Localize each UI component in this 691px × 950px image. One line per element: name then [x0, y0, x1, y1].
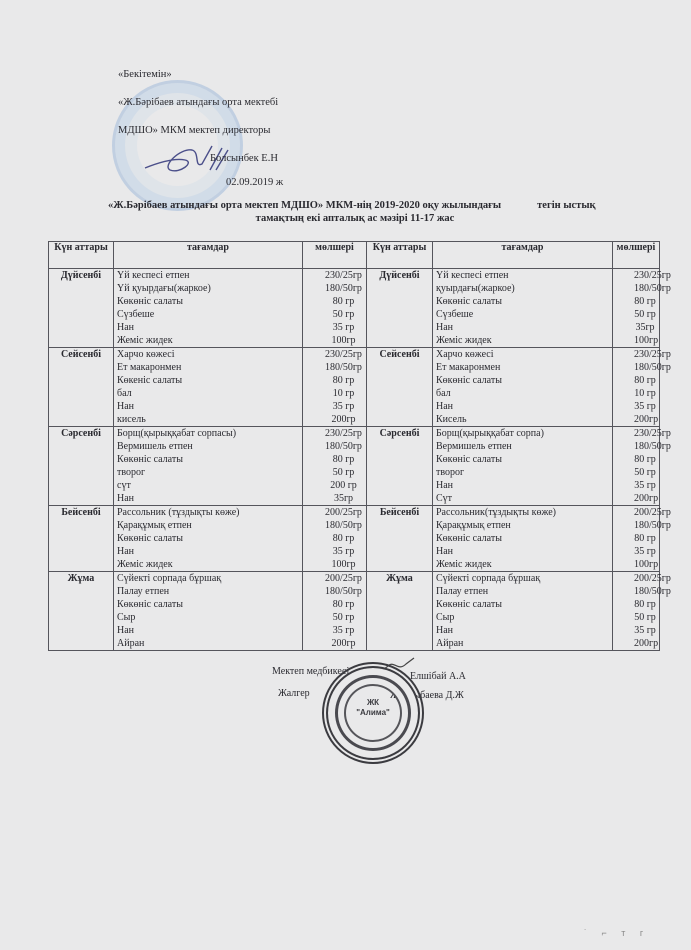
amount-item: 180/50гр [306, 282, 363, 295]
dish-item: Палау етпен [117, 585, 299, 598]
dish-item: Жеміс жидек [117, 558, 299, 571]
dish-item: Нан [117, 321, 299, 334]
dish-item: Нан [117, 545, 299, 558]
amounts-cell: 230/25гр180/50гр80 гр10 гр35 гр200гр [303, 348, 367, 427]
amount-item: 35 гр [616, 624, 656, 637]
dish-item: Вермишель етпен [117, 440, 299, 453]
dish-item: Рассольник(тұздықты көже) [436, 506, 609, 519]
day-cell: Сәрсенбі [367, 427, 433, 506]
table-row: ЖұмаСүйекті сорпада бұршақПалау етпенКөк… [49, 572, 660, 651]
dishes-cell: Рассольник (тұздықты көже)Қарақұмық етпе… [114, 506, 303, 572]
amount-item: 100гр [616, 334, 656, 347]
amount-item: 50 гр [616, 611, 656, 624]
dish-item: Палау етпен [436, 585, 609, 598]
dish-item: кисель [117, 413, 299, 426]
dish-item: Сүзбеше [117, 308, 299, 321]
amount-item: 100гр [616, 558, 656, 571]
amount-item: 35 гр [306, 624, 363, 637]
approval-signatory: Болсынбек Е.Н [210, 152, 278, 165]
amount-item: 80 гр [616, 598, 656, 611]
amount-item: 200/25гр [306, 572, 363, 585]
amounts-cell: 200/25гр180/50гр80 гр50 гр35 гр200гр [303, 572, 367, 651]
dish-item: Харчо көжесі [436, 348, 609, 361]
dish-item: бал [436, 387, 609, 400]
amount-item: 80 гр [616, 532, 656, 545]
table-header-row: Күн аттары тағамдар мөлшері Күн аттары т… [49, 242, 660, 269]
dish-item: Сыр [436, 611, 609, 624]
table-row: БейсенбіРассольник (тұздықты көже)Қарақұ… [49, 506, 660, 572]
supplier-stamp: ЖК "Алима" [322, 662, 424, 764]
dish-item: Көкөніс салаты [436, 295, 609, 308]
amounts-cell: 230/25гр180/50гр80 гр10 гр35 гр200гр [613, 348, 660, 427]
dish-item: Нан [117, 400, 299, 413]
dish-item: Кисель [436, 413, 609, 426]
amount-item: 200гр [616, 637, 656, 650]
dish-item: Айран [117, 637, 299, 650]
dish-item: Жеміс жидек [436, 558, 609, 571]
amount-item: 230/25гр [306, 269, 363, 282]
amount-item: 200/25гр [616, 572, 656, 585]
amount-item: 180/50гр [616, 361, 656, 374]
amounts-cell: 200/25гр180/50гр80 гр35 гр100гр [613, 506, 660, 572]
dish-item: Көкеніс салаты [117, 374, 299, 387]
amount-item: 10 гр [306, 387, 363, 400]
header-dishes-week1: тағамдар [114, 242, 303, 269]
dish-item: Нан [117, 492, 299, 505]
dish-item: Сүт [436, 492, 609, 505]
dishes-cell: Харчо көжесіЕт макаронменКөкөніс салатыб… [433, 348, 613, 427]
page-mark: ˙ ⌐ т г [584, 928, 649, 938]
amount-item: 80 гр [306, 374, 363, 387]
dishes-cell: Борщ(қырыққабат сорпасы)Вермишель етпенК… [114, 427, 303, 506]
amount-item: 80 гр [616, 295, 656, 308]
amount-item: 230/25гр [616, 348, 656, 361]
dish-item: қуырдағы(жаркое) [436, 282, 609, 295]
dish-item: Харчо көжесі [117, 348, 299, 361]
dishes-cell: Рассольник(тұздықты көже)Қарақұмық етпен… [433, 506, 613, 572]
dish-item: бал [117, 387, 299, 400]
amount-item: 50 гр [306, 308, 363, 321]
amount-item: 80 гр [306, 598, 363, 611]
amount-item: 200 гр [306, 479, 363, 492]
day-cell: Дүйсенбі [367, 269, 433, 348]
table-row: СәрсенбіБорщ(қырыққабат сорпасы)Вермишел… [49, 427, 660, 506]
dish-item: Сыр [117, 611, 299, 624]
amount-item: 50 гр [616, 466, 656, 479]
amount-item: 180/50гр [306, 440, 363, 453]
amount-item: 80 гр [306, 532, 363, 545]
day-cell: Жұма [367, 572, 433, 651]
dish-item: Көкөніс салаты [117, 598, 299, 611]
header-day-week2: Күн аттары [367, 242, 433, 269]
amounts-cell: 200/25гр180/50гр80 гр50 гр35 гр200гр [613, 572, 660, 651]
amount-item: 35 гр [306, 545, 363, 558]
amount-item: 80 гр [306, 453, 363, 466]
table-row: СейсенбіХарчо көжесіЕт макаронменКөкеніс… [49, 348, 660, 427]
dish-item: Ет макаронмен [436, 361, 609, 374]
dish-item: Сүзбеше [436, 308, 609, 321]
amount-item: 200гр [616, 413, 656, 426]
dish-item: Көкөніс салаты [117, 295, 299, 308]
amount-item: 35гр [616, 321, 656, 334]
dish-item: Айран [436, 637, 609, 650]
dish-item: Көкөніс салаты [117, 453, 299, 466]
dish-item: Көкөніс салаты [436, 598, 609, 611]
day-cell: Сейсенбі [49, 348, 114, 427]
amount-item: 35 гр [306, 400, 363, 413]
dish-item: Сүйекті сорпада бұршақ [436, 572, 609, 585]
menu-table: Күн аттары тағамдар мөлшері Күн аттары т… [48, 241, 660, 651]
amount-item: 50 гр [616, 308, 656, 321]
day-cell: Бейсенбі [49, 506, 114, 572]
amount-item: 10 гр [616, 387, 656, 400]
dish-item: Рассольник (тұздықты көже) [117, 506, 299, 519]
dish-item: Жеміс жидек [436, 334, 609, 347]
dish-item: Борщ(қырыққабат сорпасы) [117, 427, 299, 440]
dish-item: творог [436, 466, 609, 479]
header-day-week1: Күн аттары [49, 242, 114, 269]
amount-item: 230/25гр [306, 348, 363, 361]
amount-item: 200/25гр [616, 506, 656, 519]
dish-item: Қарақұмық етпен [436, 519, 609, 532]
amounts-cell: 200/25гр180/50гр80 гр35 гр100гр [303, 506, 367, 572]
dishes-cell: Сүйекті сорпада бұршақПалау етпенКөкөніс… [433, 572, 613, 651]
approval-school: «Ж.Бәрібаев атындағы орта мектебі [118, 96, 278, 109]
amount-item: 35 гр [616, 545, 656, 558]
title-line-1-end: тегін ыстық [537, 200, 595, 211]
dish-item: Сүйекті сорпада бұршақ [117, 572, 299, 585]
amount-item: 100гр [306, 558, 363, 571]
dish-item: Нан [436, 321, 609, 334]
title-line-2: тамақтың екі апталық ас мәзірі 11-17 жас [256, 213, 455, 224]
dish-item: Нан [117, 624, 299, 637]
day-cell: Дүйсенбі [49, 269, 114, 348]
dish-item: Көкөніс салаты [117, 532, 299, 545]
amount-item: 35 гр [306, 321, 363, 334]
amount-item: 180/50гр [616, 585, 656, 598]
amount-item: 80 гр [616, 453, 656, 466]
amount-item: 180/50гр [616, 440, 656, 453]
supplier-label: Жалгер [278, 688, 310, 699]
amount-item: 35гр [306, 492, 363, 505]
amount-item: 180/50гр [306, 585, 363, 598]
header-amount-week1: мөлшері [303, 242, 367, 269]
dish-item: Нан [436, 479, 609, 492]
amount-item: 180/50гр [616, 519, 656, 532]
amounts-cell: 230/25гр180/50гр80 гр50 гр35 гр200гр [613, 427, 660, 506]
dish-item: Көкөніс салаты [436, 374, 609, 387]
approval-role: МДШО» МКМ мектеп директоры [118, 124, 270, 137]
dishes-cell: Үй кеспесі етпенҮй қуырдағы(жаркое)Көкөн… [114, 269, 303, 348]
title-line-1: «Ж.Бәрібаев атындағы орта мектеп МДШО» М… [108, 200, 501, 211]
amount-item: 200гр [306, 413, 363, 426]
day-cell: Сейсенбі [367, 348, 433, 427]
amount-item: 80 гр [616, 374, 656, 387]
document-page: «Бекітемін» «Ж.Бәрібаев атындағы орта ме… [0, 0, 691, 950]
amount-item: 230/25гр [616, 269, 656, 282]
amount-item: 35 гр [616, 479, 656, 492]
dish-item: сүт [117, 479, 299, 492]
dish-item: Вермишель етпен [436, 440, 609, 453]
dishes-cell: Борщ(қырыққабат сорпа)Вермишель етпенКөк… [433, 427, 613, 506]
dish-item: Үй кеспесі етпен [117, 269, 299, 282]
amount-item: 180/50гр [616, 282, 656, 295]
amounts-cell: 230/25гр180/50гр80 гр50 гр200 гр35гр [303, 427, 367, 506]
dish-item: творог [117, 466, 299, 479]
header-amount-week2: мөлшері [613, 242, 660, 269]
dishes-cell: Сүйекті сорпада бұршақПалау етпенКөкөніс… [114, 572, 303, 651]
dish-item: Қарақұмық етпен [117, 519, 299, 532]
dish-item: Үй қуырдағы(жаркое) [117, 282, 299, 295]
day-cell: Сәрсенбі [49, 427, 114, 506]
dish-item: Ет макаронмен [117, 361, 299, 374]
dish-item: Жеміс жидек [117, 334, 299, 347]
amount-item: 180/50гр [306, 519, 363, 532]
approval-date: 02.09.2019 ж [226, 176, 283, 189]
amount-item: 50 гр [306, 611, 363, 624]
amount-item: 100гр [306, 334, 363, 347]
amount-item: 180/50гр [306, 361, 363, 374]
dishes-cell: Үй кеспесі етпенқуырдағы(жаркое)Көкөніс … [433, 269, 613, 348]
amount-item: 230/25гр [306, 427, 363, 440]
day-cell: Бейсенбі [367, 506, 433, 572]
dish-item: Көкөніс салаты [436, 453, 609, 466]
amount-item: 35 гр [616, 400, 656, 413]
dish-item: Нан [436, 545, 609, 558]
header-dishes-week2: тағамдар [433, 242, 613, 269]
amount-item: 230/25гр [616, 427, 656, 440]
dish-item: Нан [436, 400, 609, 413]
amount-item: 80 гр [306, 295, 363, 308]
amounts-cell: 230/25гр180/50гр80 гр50 гр35 гр100гр [303, 269, 367, 348]
amount-item: 50 гр [306, 466, 363, 479]
dish-item: Көкөніс салаты [436, 532, 609, 545]
stamp-line-1: ЖК [328, 698, 418, 708]
amount-item: 200гр [616, 492, 656, 505]
day-cell: Жұма [49, 572, 114, 651]
stamp-line-2: "Алима" [328, 708, 418, 718]
dishes-cell: Харчо көжесіЕт макаронменКөкеніс салатыб… [114, 348, 303, 427]
amount-item: 200/25гр [306, 506, 363, 519]
dish-item: Үй кеспесі етпен [436, 269, 609, 282]
document-title: «Ж.Бәрібаев атындағы орта мектеп МДШО» М… [60, 199, 650, 225]
amount-item: 200гр [306, 637, 363, 650]
amounts-cell: 230/25гр180/50гр80 гр50 гр35гр100гр [613, 269, 660, 348]
dish-item: Нан [436, 624, 609, 637]
dish-item: Борщ(қырыққабат сорпа) [436, 427, 609, 440]
approval-heading: «Бекітемін» [118, 68, 172, 81]
table-row: ДүйсенбіҮй кеспесі етпенҮй қуырдағы(жарк… [49, 269, 660, 348]
